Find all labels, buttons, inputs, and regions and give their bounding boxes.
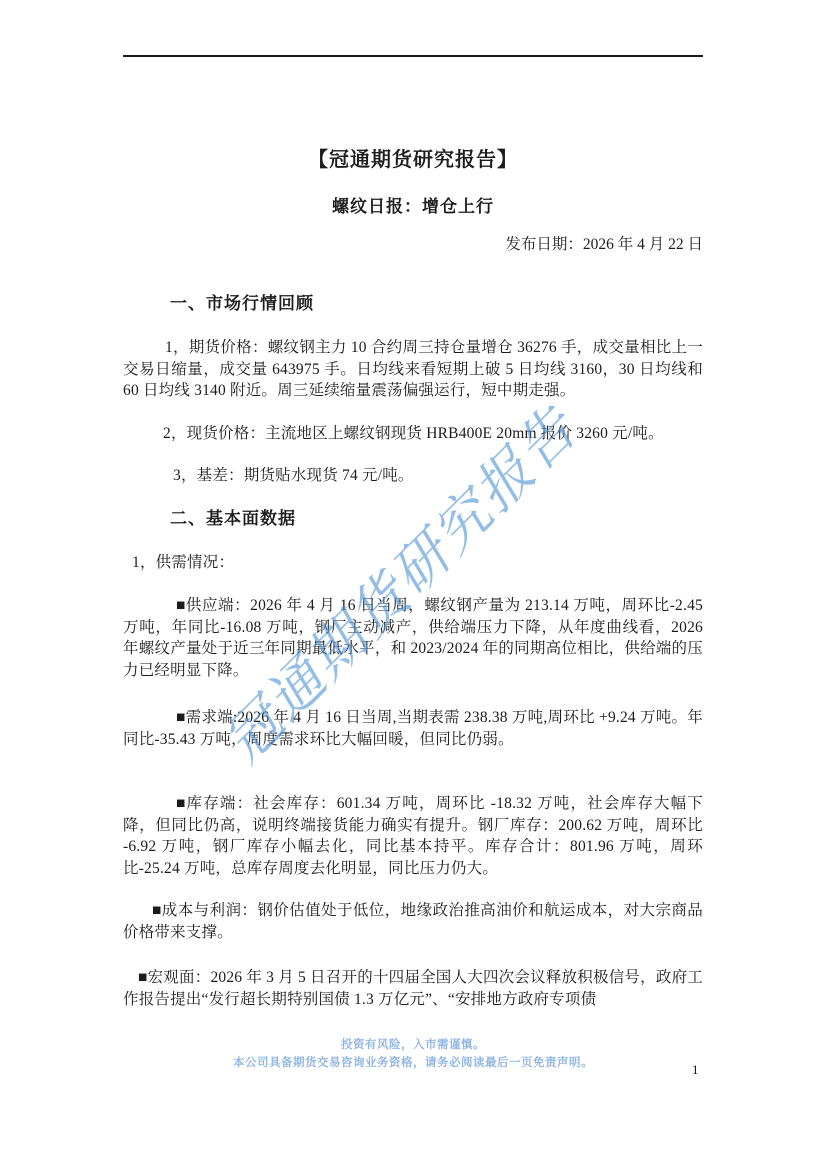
footer-disclaimer: 本公司具备期货交易咨询业务资格，请务必阅读最后一页免责声明。 — [0, 1054, 826, 1072]
footer-risk-warning: 投资有风险，入市需谨慎。 — [0, 1036, 826, 1054]
paragraph-macro: ■宏观面：2026 年 3 月 5 日召开的十四届全国人大四次会议释放积极信号，… — [123, 967, 703, 1010]
report-subtitle: 螺纹日报：增仓上行 — [123, 196, 703, 218]
paragraph-spot-price: 2，现货价格：主流地区上螺纹钢现货 HRB400E 20mm 报价 3260 元… — [123, 423, 703, 445]
paragraph-basis: 3，基差：期货贴水现货 74 元/吨。 — [123, 465, 703, 487]
section-heading-fundamentals: 二、基本面数据 — [123, 508, 703, 530]
sub-heading-supply-demand: 1，供需情况： — [123, 552, 703, 574]
paragraph-inventory: ■库存端：社会库存：601.34 万吨，周环比 -18.32 万吨，社会库存大幅… — [123, 793, 703, 879]
report-page: 冠通期货研究报告 【冠通期货研究报告】 螺纹日报：增仓上行 发布日期：2026 … — [0, 0, 826, 1169]
page-footer: 投资有风险，入市需谨慎。 本公司具备期货交易咨询业务资格，请务必阅读最后一页免责… — [0, 1036, 826, 1072]
paragraph-futures-price: 1，期货价格：螺纹钢主力 10 合约周三持仓量增仓 36276 手，成交量相比上… — [123, 337, 703, 402]
report-title: 【冠通期货研究报告】 — [123, 147, 703, 173]
document-content: 【冠通期货研究报告】 螺纹日报：增仓上行 发布日期：2026 年 4 月 22 … — [123, 0, 703, 1010]
header-rule — [123, 55, 703, 57]
paragraph-cost-profit: ■成本与利润：钢价估值处于低位，地缘政治推高油价和航运成本，对大宗商品价格带来支… — [123, 900, 703, 943]
page-number: 1 — [692, 1062, 699, 1078]
paragraph-supply: ■供应端：2026 年 4 月 16 日当周，螺纹钢产量为 213.14 万吨，… — [123, 595, 703, 681]
publish-date: 发布日期：2026 年 4 月 22 日 — [123, 234, 703, 255]
paragraph-demand: ■需求端:2026 年 4 月 16 日当周,当期表需 238.38 万吨,周环… — [123, 707, 703, 750]
section-heading-market-review: 一、市场行情回顾 — [123, 293, 703, 315]
